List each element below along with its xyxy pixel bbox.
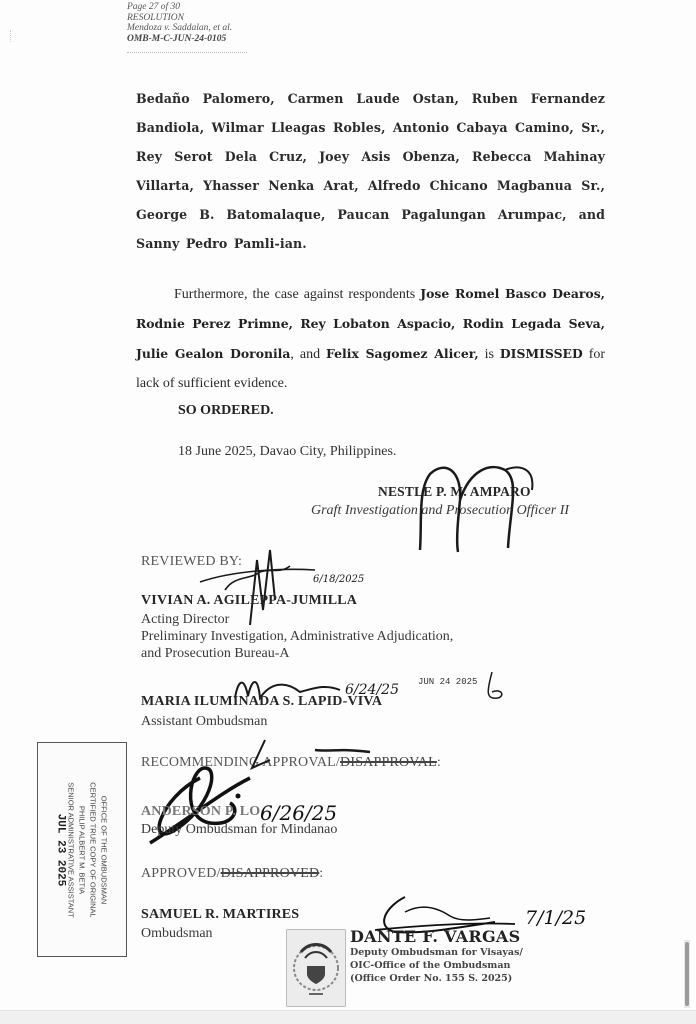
document-page: Page 27 of 30 RESOLUTION Mendoza v. Sadd… (0, 0, 696, 1010)
svg-text:JUN 24 2025: JUN 24 2025 (418, 677, 477, 687)
deputy-visayas-title-line-1: Deputy Ombudsman for Visayas/ (350, 946, 523, 959)
deputy-visayas-title-line-3: (Office Order No. 155 S. 2025) (350, 972, 523, 985)
stamp-line-1: Office of the Ombudsman (99, 747, 110, 952)
approved-label: APPROVED/DISAPPROVED: (141, 866, 323, 882)
respondents-paragraph: Bedaño Palomero, Carmen Laude Ostan, Rub… (136, 84, 605, 258)
case-number: OMB-M-C-JUN-24-0105 (127, 34, 232, 45)
ombudsman-title: Ombudsman (141, 925, 213, 942)
reviewer-name: VIVIAN A. AGILEPPA-JUMILLA (141, 593, 357, 609)
stamp-date: JUL 23 2025 (55, 747, 66, 952)
page-header: Page 27 of 30 RESOLUTION Mendoza v. Sadd… (127, 2, 232, 44)
reviewer-title: Acting Director Preliminary Investigatio… (141, 611, 453, 662)
recommending-approval: APPROVAL/ (262, 755, 340, 770)
approved-prefix: APPROVED/ (141, 866, 221, 881)
deputy-mindanao-name: ANDERSON P. LO (141, 804, 260, 820)
approved-struck: DISAPPROVED (221, 866, 320, 881)
stamp-line-2: Certified True Copy of Original (88, 747, 99, 952)
recommending-prefix: RECOMMENDING (141, 755, 262, 770)
svg-text:7/1/25: 7/1/25 (525, 907, 586, 929)
ruling: DISMISSED (500, 346, 583, 361)
stamp-text: Office of the Ombudsman Certified True C… (55, 747, 110, 952)
last-dismissed-respondent: Felix Sagomez Alicer, (326, 346, 479, 361)
recommending-label: RECOMMENDING APPROVAL/DISAPPROVAL: (141, 755, 441, 771)
verb-text: is (479, 347, 500, 362)
assistant-name: MARIA ILUMINADA S. LAPID-VIVA (141, 694, 382, 710)
header-divider (127, 52, 247, 57)
connector-text: , and (290, 347, 326, 362)
dismissal-paragraph: Furthermore, the case against respondent… (136, 279, 605, 398)
ombudsman-seal (286, 929, 346, 1007)
recommending-struck: DISAPPROVAL (340, 755, 437, 770)
reviewer-title-line-2: Preliminary Investigation, Administrativ… (141, 628, 453, 645)
document-type: RESOLUTION (127, 13, 232, 24)
deputy-visayas-title-line-2: OIC-Office of the Ombudsman (350, 959, 523, 972)
assistant-title: Assistant Ombudsman (141, 713, 267, 730)
svg-text:6/18/2025: 6/18/2025 (313, 574, 364, 585)
deputy-visayas-block: DANTE F. VARGAS Deputy Ombudsman for Vis… (350, 927, 523, 985)
preparer-name: NESTLE P. M. AMPARO (378, 484, 531, 500)
certified-true-copy-stamp: Office of the Ombudsman Certified True C… (37, 742, 127, 957)
so-ordered: SO ORDERED. (178, 403, 274, 419)
reviewer-title-line-3: and Prosecution Bureau-A (141, 645, 453, 662)
margin-mark (10, 30, 17, 42)
case-title: Mendoza v. Saddalan, et al. (127, 23, 232, 34)
reviewer-title-line-1: Acting Director (141, 611, 453, 628)
ombudsman-name: SAMUEL R. MARTIRES (141, 907, 299, 923)
page-number: Page 27 of 30 (127, 2, 232, 13)
scrollbar-thumb[interactable] (685, 942, 689, 1006)
recommending-suffix: : (437, 755, 441, 770)
deputy-visayas-name: DANTE F. VARGAS (350, 927, 523, 946)
dismissal-intro: Furthermore, the case against respondent… (174, 287, 420, 302)
stamp-line-3: Philip Albert M. Betia (77, 747, 88, 952)
date-place: 18 June 2025, Davao City, Philippines. (178, 444, 396, 460)
deputy-mindanao-title: Deputy Ombudsman for Mindanao (141, 821, 337, 838)
bottom-bar (0, 1010, 696, 1024)
preparer-title: Graft Investigation and Prosecution Offi… (311, 502, 569, 519)
approved-suffix: : (319, 866, 323, 881)
reviewed-by-label: REVIEWED BY: (141, 554, 242, 570)
seal-emblem-icon (287, 930, 345, 1006)
stamp-line-4: Senior Administrative Assistant (66, 747, 77, 952)
